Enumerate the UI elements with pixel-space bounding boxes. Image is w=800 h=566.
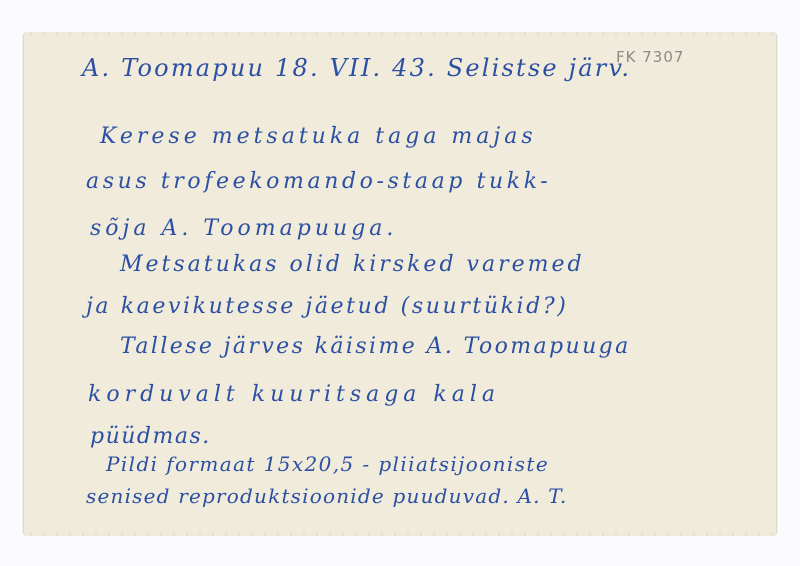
handwritten-line-3: asus trofeekomando-staap tukk- — [86, 169, 551, 194]
handwritten-line-10: Pildi formaat 15x20,5 - pliiatsijooniste — [106, 452, 549, 476]
handwritten-line-1: A. Toomapuu 18. VII. 43. Selistse järv. — [82, 54, 631, 82]
handwritten-line-8: korduvalt kuuritsaga kala — [88, 382, 500, 407]
handwritten-line-4: sõja A. Toomapuuga. — [90, 216, 397, 241]
photo-card: FK 7307 A. Toomapuu 18. VII. 43. Selists… — [24, 34, 776, 534]
handwritten-line-5: Metsatukas olid kirsked varemed — [120, 252, 585, 277]
handwritten-line-9: püüdmas. — [90, 424, 211, 449]
handwritten-line-11: senised reproduktsioonide puuduvad. A. T… — [86, 484, 567, 508]
handwritten-line-6: ja kaevikutesse jäetud (suurtükid?) — [86, 294, 568, 319]
handwritten-line-2: Kerese metsatuka taga majas — [100, 124, 537, 149]
handwritten-line-7: Tallese järves käisime A. Toomapuuga — [120, 334, 631, 359]
